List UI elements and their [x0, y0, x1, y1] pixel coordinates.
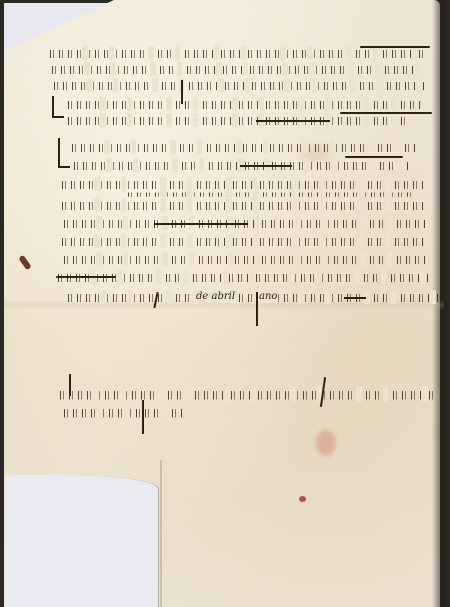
manuscript-line — [66, 113, 406, 127]
manuscript-line — [66, 97, 420, 111]
manuscript-line — [52, 78, 424, 92]
manuscript-line — [70, 140, 416, 154]
manuscript-line — [72, 158, 410, 172]
manuscript-scan: de abril ano — [0, 0, 450, 607]
interlinear-insertion — [126, 189, 416, 197]
line-flourish — [360, 46, 430, 48]
letter-body: de abril ano — [0, 0, 450, 607]
line-flourish — [340, 112, 432, 114]
manuscript-line — [60, 234, 428, 248]
signature-flourish — [69, 374, 71, 396]
signature-line — [58, 386, 433, 402]
line-flourish — [345, 156, 403, 158]
struck-out-word — [344, 297, 366, 299]
line-flourish — [56, 276, 116, 278]
signature-line — [62, 404, 182, 420]
decorated-initial — [52, 96, 64, 118]
struck-out-word — [256, 120, 330, 122]
legible-fragment-month: de abril — [195, 291, 236, 303]
manuscript-line — [62, 216, 430, 230]
manuscript-line — [62, 252, 428, 266]
manuscript-line — [50, 62, 420, 76]
manuscript-line — [60, 198, 430, 212]
manuscript-line — [48, 46, 428, 60]
legible-fragment-year-word: ano — [258, 291, 278, 303]
struck-out-word — [154, 223, 248, 225]
long-descender — [256, 292, 258, 326]
dating-line — [66, 290, 438, 304]
decorated-initial — [58, 138, 70, 168]
struck-out-word — [240, 165, 292, 167]
signature-flourish — [142, 400, 144, 434]
